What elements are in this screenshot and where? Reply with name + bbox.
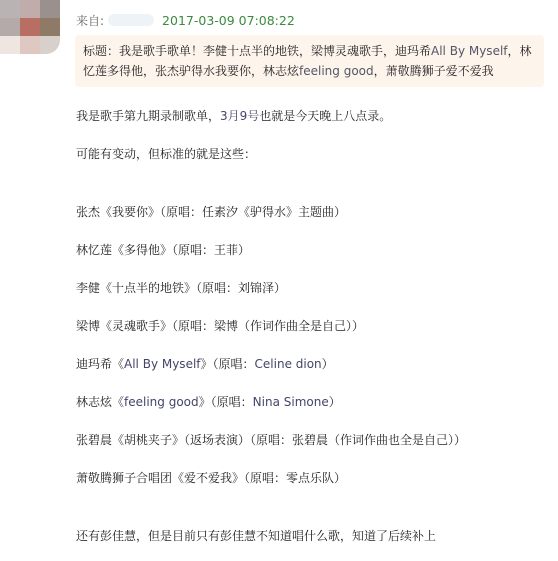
title-line-1: 标题：我是歌手歌单！李健十点半的地铁，梁博灵魂歌手，迪玛希All By Myse… (83, 41, 538, 61)
song-item: 梁博《灵魂歌手》（原唱：梁博（作词作曲全是自己）） (76, 318, 364, 334)
song-text: ） (322, 357, 334, 371)
avatar-pixel (20, 36, 40, 54)
intro-paragraph: 我是歌手第九期录制歌单，3月9号也就是今天晚上八点录。 (76, 108, 391, 124)
avatar-pixel (0, 36, 20, 54)
song-text: 迪玛希《 (76, 357, 124, 371)
song-title-latin: feeling good (124, 395, 199, 409)
note-paragraph: 可能有变动，但标准的就是这些： (76, 146, 256, 162)
song-text: 李健《十点半的地铁》（原唱：刘锦泽） (76, 281, 286, 295)
song-item: 李健《十点半的地铁》（原唱：刘锦泽） (76, 280, 286, 296)
post-timestamp[interactable]: 2017-03-09 07:08:22 (162, 13, 295, 28)
song-text: 林志炫《 (76, 395, 124, 409)
author-name-blurred[interactable] (108, 14, 154, 26)
avatar[interactable] (0, 0, 60, 54)
post-header: 来自: 2017-03-09 07:08:22 (76, 11, 295, 29)
avatar-pixel (20, 18, 40, 36)
song-text: ） (329, 395, 341, 409)
song-item: 张杰《我要你》（原唱：任素汐《驴得水》主题曲） (76, 204, 346, 220)
song-item: 林忆莲《多得他》（原唱：王菲） (76, 242, 250, 258)
original-singer-latin: Nina Simone (253, 395, 329, 409)
song-item: 张碧晨《胡桃夹子》（返场表演）（原唱：张碧晨（作词作曲也全是自己）） (76, 432, 466, 448)
intro-text: 我是歌手第九期录制歌单， (76, 109, 220, 123)
original-singer-latin: Celine dion (255, 357, 322, 371)
avatar-pixel (40, 18, 60, 36)
song-item: 萧敬腾狮子合唱团《爱不爱我》（原唱：零点乐队） (76, 470, 346, 486)
title-text: 忆莲多得他，张杰驴得水我要你，林志炫 (83, 64, 299, 78)
avatar-pixel (40, 36, 60, 54)
footer-paragraph: 还有彭佳慧，但是目前只有彭佳慧不知道唱什么歌，知道了后续补上 (76, 528, 436, 544)
title-line-2: 忆莲多得他，张杰驴得水我要你，林志炫feeling good，萧敬腾狮子爱不爱我 (83, 61, 538, 81)
song-text: 梁博《灵魂歌手》（原唱：梁博（作词作曲全是自己）） (76, 319, 364, 333)
post-title-box: 标题：我是歌手歌单！李健十点半的地铁，梁博灵魂歌手，迪玛希All By Myse… (75, 35, 544, 87)
song-text: 林忆莲《多得他》（原唱：王菲） (76, 243, 250, 257)
title-text-latin: All By Myself (431, 44, 508, 58)
song-title-latin: All By Myself (124, 357, 201, 371)
title-text: 标题：我是歌手歌单！李健十点半的地铁，梁博灵魂歌手，迪玛希 (83, 44, 431, 58)
song-text: 张碧晨《胡桃夹子》（返场表演）（原唱：张碧晨（作词作曲也全是自己）） (76, 433, 466, 447)
song-item: 迪玛希《All By Myself》（原唱：Celine dion） (76, 356, 334, 372)
intro-text: 也就是今天晚上八点录。 (259, 109, 391, 123)
song-text: 张杰《我要你》（原唱：任素汐《驴得水》主题曲） (76, 205, 346, 219)
title-text: ，林 (508, 44, 532, 58)
avatar-pixel (0, 18, 20, 36)
song-item: 林志炫《feeling good》（原唱：Nina Simone） (76, 394, 341, 410)
avatar-pixel (0, 0, 20, 18)
song-text: 》（原唱： (199, 395, 253, 409)
from-label: 来自: (76, 12, 104, 29)
avatar-pixel (20, 0, 40, 18)
intro-date: 3月9号 (220, 109, 259, 123)
song-text: 》（原唱： (201, 357, 255, 371)
song-text: 萧敬腾狮子合唱团《爱不爱我》（原唱：零点乐队） (76, 471, 346, 485)
title-text-latin: feeling good (299, 64, 374, 78)
avatar-pixel (40, 0, 60, 18)
title-text: ，萧敬腾狮子爱不爱我 (374, 64, 494, 78)
